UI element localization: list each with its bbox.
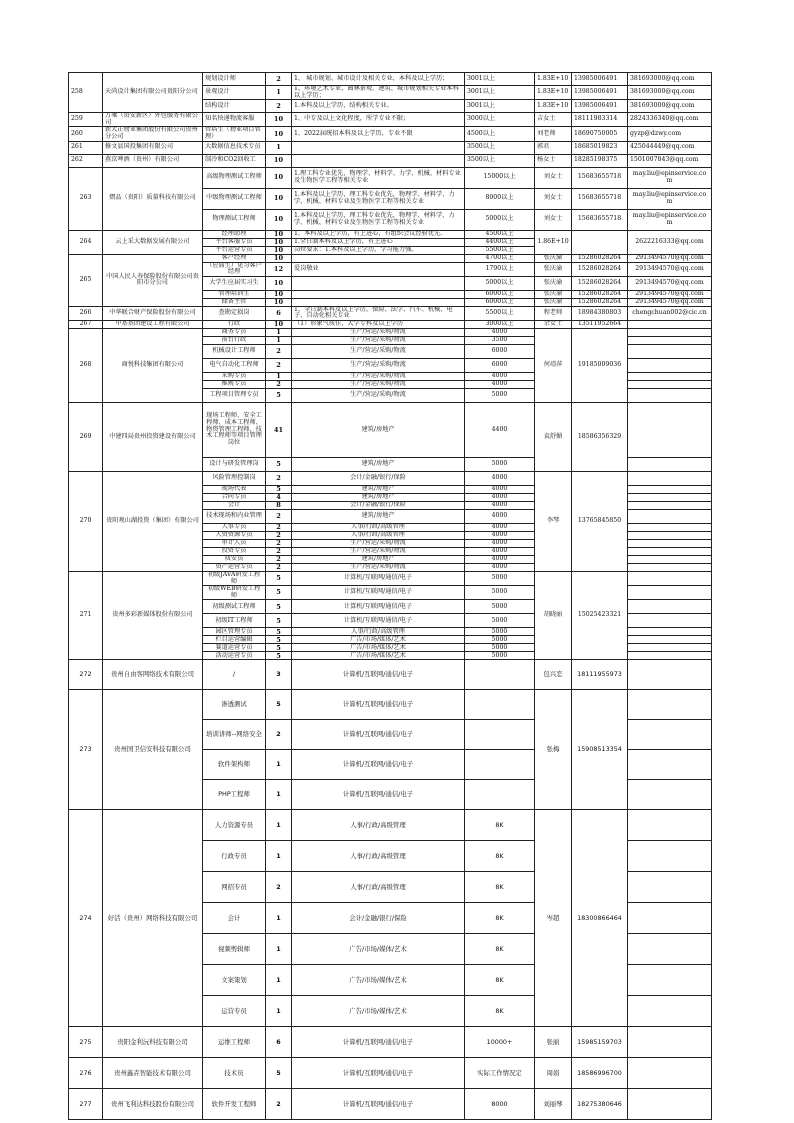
salary: 5000 <box>465 600 535 614</box>
requirements: 1.理工科专业优先，物理学、材料学、力学、机械、材料专业及生物医学工程等相关专业 <box>292 167 465 188</box>
headcount: 10 <box>266 209 292 230</box>
phone-number: 15286028264 <box>572 290 628 298</box>
job-title: 管理培训生 <box>203 290 266 298</box>
headcount: 5 <box>266 1058 292 1089</box>
table-row: 275贵阳金利沅科技有限公司运维工程师6计算机/互联网/通信/电子10000+张… <box>69 1027 712 1058</box>
requirements <box>292 290 465 298</box>
job-title: 合同专员 <box>203 493 266 501</box>
phone-number: 18586356329 <box>572 402 628 471</box>
row-number: 261 <box>69 141 103 154</box>
salary: 4000 <box>465 547 535 555</box>
headcount: 2 <box>266 872 292 903</box>
industry: 广告/市场/媒体/艺术 <box>292 965 465 996</box>
email-address: 2913494570@qq.com <box>628 254 712 262</box>
job-title: 初级WEB研发工程师 <box>203 586 266 600</box>
email-address: chengchuan002@cic.cn <box>628 306 712 320</box>
salary: 4400以上 <box>465 238 535 246</box>
salary: 8K <box>465 841 535 872</box>
company-name: 贵州自由客网络技术有限公司 <box>103 660 203 690</box>
salary: 5000 <box>465 586 535 600</box>
headcount: 12 <box>266 262 292 276</box>
headcount: 5 <box>266 628 292 636</box>
job-title: 投资专员 <box>203 547 266 555</box>
salary: 8K <box>465 872 535 903</box>
industry: 计算机/互联网/通信/电子 <box>292 660 465 690</box>
job-title: 运维工程师 <box>203 1027 266 1058</box>
phone-number: 15683655718 <box>572 209 628 230</box>
email-address: 2913494570@qq.com <box>628 298 712 306</box>
salary: 4000 <box>465 523 535 531</box>
row-number: 272 <box>69 660 103 690</box>
salary: 4700以上 <box>465 254 535 262</box>
email-address <box>628 810 712 841</box>
email-address <box>628 652 712 660</box>
contact-person: 余女士 <box>535 320 572 328</box>
email-address <box>628 320 712 328</box>
job-title: 文案策划 <box>203 965 266 996</box>
email-address <box>628 336 712 344</box>
company-name: 中基基团建设工程有限公司 <box>103 320 203 328</box>
table-row: 265中国人民人寿保险股份有限公司贵阳市分公司客户经理104700以上张庆渝15… <box>69 254 712 262</box>
salary: 5500以上 <box>465 306 535 320</box>
requirements: 1.全日制本科及以上学历，有上进心 <box>292 238 465 246</box>
row-number: 258 <box>69 73 103 113</box>
job-title: 栏目运营编辑 <box>203 636 266 644</box>
salary: 5000 <box>465 571 535 585</box>
phone-number: 18984380803 <box>572 306 628 320</box>
company-name: 云上采大数据发展有限公司 <box>103 230 203 254</box>
email-address: 2913494570@qq.com <box>628 276 712 290</box>
industry: 广告/市场/媒体/艺术 <box>292 996 465 1027</box>
table-row: 260新大正物业集团股份有限公司贵州分公司管培生（物业项目管理）101、2022… <box>69 127 712 141</box>
industry: 生产/营运/采购/物流 <box>292 388 465 402</box>
job-title: 赛道运营专员 <box>203 644 266 652</box>
industry: 人事/行政/高级管理 <box>292 872 465 903</box>
table-row: 276贵州鑫垚智能技术有限公司技术员5计算机/互联网/通信/电子实际工作情况定周… <box>69 1058 712 1089</box>
headcount: 5 <box>266 485 292 493</box>
job-title: 人资资源专员 <box>203 531 266 539</box>
headcount: 1 <box>266 328 292 336</box>
job-title: 现场工程师、安全工程师、成本工程师、物资管理工程师、技术工程师等项目管理岗位 <box>203 402 266 457</box>
salary: 3001以上 <box>465 73 535 86</box>
salary: 4000 <box>465 471 535 485</box>
row-number: 267 <box>69 320 103 328</box>
job-title: 工程项目管理专员 <box>203 388 266 402</box>
table-row: 271贵州多彩新媒体股份有限公司初级JAVA研发工程师5计算机/互联网/通信/电… <box>69 571 712 585</box>
headcount: 1 <box>266 965 292 996</box>
job-title: 初级JAVA研发工程师 <box>203 571 266 585</box>
row-number: 262 <box>69 154 103 167</box>
phone-number: 18111983314 <box>572 113 628 127</box>
industry: 生产/营运/采购/物流 <box>292 539 465 547</box>
phone-number: 15908513354 <box>572 690 628 810</box>
job-title: 规划设计师 <box>203 73 266 86</box>
salary: 4400 <box>465 402 535 457</box>
job-title: 审计人员 <box>203 539 266 547</box>
salary: 4000 <box>465 555 535 563</box>
contact-person: 胡晓丽 <box>535 571 572 659</box>
row-number: 263 <box>69 167 103 230</box>
headcount: 2 <box>266 471 292 485</box>
email-address <box>628 644 712 652</box>
salary: 4000 <box>465 493 535 501</box>
industry: 计算机/互联网/通信/电子 <box>292 780 465 810</box>
salary: 4000 <box>465 485 535 493</box>
row-number: 274 <box>69 810 103 1027</box>
table-row: 259万乘（贵安新区）外包服务有限公司知名快递物流客服101、中专及以上文化程度… <box>69 113 712 127</box>
row-number: 265 <box>69 254 103 306</box>
job-title: 平台运营专员 <box>203 246 266 254</box>
company-name: 修文县国投集团有限公司 <box>103 141 203 154</box>
requirements: 1、本科及以上学历，有上进心，有组织会议经验优先。 <box>292 230 465 238</box>
email-address: gyzp@dzwy.com <box>628 127 712 141</box>
email-address <box>628 614 712 628</box>
salary: 6000 <box>465 344 535 358</box>
email-address <box>628 485 712 493</box>
salary: 实际工作情况定 <box>465 1058 535 1089</box>
salary: 3000以上 <box>465 113 535 127</box>
headcount: 10 <box>266 167 292 188</box>
company-name: 好活（贵州）网络科技有限公司 <box>103 810 203 1027</box>
industry: 建筑/房地产 <box>292 485 465 493</box>
headcount: 10 <box>266 154 292 167</box>
headcount: 1 <box>266 903 292 934</box>
industry: 生产/营运/采购/物流 <box>292 547 465 555</box>
headcount: 5 <box>266 644 292 652</box>
email-address <box>628 872 712 903</box>
row-number: 269 <box>69 402 103 471</box>
job-title: 行政专员 <box>203 841 266 872</box>
headcount: 2 <box>266 358 292 372</box>
headcount: 1 <box>266 372 292 380</box>
industry: 计算机/互联网/通信/电子 <box>292 1089 465 1120</box>
email-address: 2622216333@qq.com <box>628 230 712 254</box>
industry: 人事/行政/高级管理 <box>292 523 465 531</box>
phone-number: 19185009036 <box>572 328 628 402</box>
phone-number: 13985006491 <box>572 73 628 86</box>
industry: 生产/营运/采购/物流 <box>292 336 465 344</box>
email-address <box>628 402 712 457</box>
headcount: 2 <box>266 531 292 539</box>
salary: 4000 <box>465 563 535 571</box>
job-title: 园区管理专员 <box>203 628 266 636</box>
industry: 计算机/互联网/通信/电子 <box>292 720 465 750</box>
table-row: 269中建四局贵州投资建设有限公司现场工程师、安全工程师、成本工程师、物资管理工… <box>69 402 712 457</box>
salary: 1790以上 <box>465 262 535 276</box>
company-name: 贵阳观山湖投资（集团）有限公司 <box>103 471 203 571</box>
industry: 生产/营运/采购/物流 <box>292 372 465 380</box>
headcount: 1 <box>266 780 292 810</box>
email-address <box>628 780 712 810</box>
headcount: 5 <box>266 457 292 471</box>
email-address <box>628 1089 712 1120</box>
table-row: 268商悦科技集团有限公司商务专员1生产/营运/采购/物流4000何靖萍1918… <box>69 328 712 336</box>
contact-person: 岑超 <box>535 810 572 1027</box>
headcount: 5 <box>266 571 292 585</box>
phone-number <box>572 230 628 254</box>
industry: 会计/金融/银行/保险 <box>292 501 465 509</box>
industry: 建筑/房地产 <box>292 493 465 501</box>
job-title: 采购专员 <box>203 372 266 380</box>
phone-number: 15286028264 <box>572 254 628 262</box>
company-name: 贵州多彩新媒体股份有限公司 <box>103 571 203 659</box>
company-name: 燕京啤酒（贵州）有限公司 <box>103 154 203 167</box>
row-number: 271 <box>69 571 103 659</box>
email-address <box>628 471 712 485</box>
headcount: 41 <box>266 402 292 457</box>
contact-person: 李琴 <box>535 471 572 571</box>
requirements: 1.本科及以上学历，结构相关专业。 <box>292 100 465 113</box>
salary: 10000+ <box>465 1027 535 1058</box>
contact-person: 刘丽琴 <box>535 1089 572 1120</box>
phone-number: 15286028264 <box>572 276 628 290</box>
salary: 5000 <box>465 644 535 652</box>
headcount: 2 <box>266 539 292 547</box>
salary: 4000 <box>465 501 535 509</box>
contact-person: 张庆渝 <box>535 298 572 306</box>
email-address <box>628 509 712 523</box>
industry: 建筑/房地产 <box>292 402 465 457</box>
industry: 广告/市场/媒体/艺术 <box>292 934 465 965</box>
job-title: 现场代表 <box>203 485 266 493</box>
row-number: 273 <box>69 690 103 810</box>
salary: 5000 <box>465 388 535 402</box>
salary: 5000 <box>465 614 535 628</box>
email-address <box>628 358 712 372</box>
table-row: 270贵阳观山湖投资（集团）有限公司风险管理控制岗2会计/金融/银行/保险400… <box>69 471 712 485</box>
phone-number: 18111955973 <box>572 660 628 690</box>
requirements: 1、全日制本科及以上学历，保险、法学、汽车、机械、电子、自动化相关专业 <box>292 306 465 320</box>
job-title: （应届生）见习客户经理 <box>203 262 266 276</box>
company-name: 商悦科技集团有限公司 <box>103 328 203 402</box>
phone-number: 15683655718 <box>572 188 628 209</box>
email-address <box>628 586 712 600</box>
job-title: 大数据信息技术专员 <box>203 141 266 154</box>
salary: 5000 <box>465 636 535 644</box>
job-title: 平台客服专员 <box>203 238 266 246</box>
contact-person: 周娟 <box>535 1058 572 1089</box>
phone-number: 13511952664 <box>572 320 628 328</box>
row-number: 259 <box>69 113 103 127</box>
headcount: 10 <box>266 276 292 290</box>
headcount: 5 <box>266 652 292 660</box>
email-address <box>628 965 712 996</box>
company-name: 中国人民人寿保险股份有限公司贵阳市分公司 <box>103 254 203 306</box>
phone-number: 18285198375 <box>572 154 628 167</box>
job-title: 运营专员 <box>203 996 266 1027</box>
email-address: 1501007843@qq.com <box>628 154 712 167</box>
job-title: 风险管理控制岗 <box>203 471 266 485</box>
salary: 3500以上 <box>465 141 535 154</box>
salary: 8K <box>465 965 535 996</box>
salary: 4000 <box>465 531 535 539</box>
table-row: 258天尚设计集团有限公司贵阳分公司规划设计师21、 城市规划、城市设计及相关专… <box>69 73 712 86</box>
headcount: 6 <box>266 306 292 320</box>
row-number: 270 <box>69 471 103 571</box>
salary: 8K <box>465 810 535 841</box>
salary: 15000以上 <box>465 167 535 188</box>
company-name: 贵州飞利达科技股份有限公司 <box>103 1089 203 1120</box>
job-title: PHP工程师 <box>203 780 266 810</box>
industry: 生产/营运/采购/物流 <box>292 563 465 571</box>
phone-number: 18586996700 <box>572 1058 628 1089</box>
phone-number: 18275380646 <box>572 1089 628 1120</box>
salary: 6000以上 <box>465 290 535 298</box>
company-name: 贵阳金利沅科技有限公司 <box>103 1027 203 1058</box>
headcount: 1 <box>266 141 292 154</box>
job-title: 制冷和CO2回收工 <box>203 154 266 167</box>
email-address: 381693000@qq.com <box>628 100 712 113</box>
industry: 人事/行政/高级管理 <box>292 628 465 636</box>
row-number: 264 <box>69 230 103 254</box>
job-title: 管培生（物业项目管理） <box>203 127 266 141</box>
email-address <box>628 996 712 1027</box>
requirements: 爱岗敬业 <box>292 262 465 276</box>
contact-person: 刘女士 <box>535 209 572 230</box>
job-title: 经理助理 <box>203 230 266 238</box>
salary: 3500 <box>465 336 535 344</box>
headcount: 5 <box>266 636 292 644</box>
headcount: 10 <box>266 246 292 254</box>
contact-person: 吉女士 <box>535 113 572 127</box>
industry: 人事/行政/高级管理 <box>292 841 465 872</box>
industry: 生产/营运/采购/物流 <box>292 344 465 358</box>
job-title: 中级物理测试工程师 <box>203 188 266 209</box>
email-address: 2913494570@qq.com <box>628 290 712 298</box>
contact-person: 张庆渝 <box>535 262 572 276</box>
recruitment-table-sheet: 258天尚设计集团有限公司贵阳分公司规划设计师21、 城市规划、城市设计及相关专… <box>68 72 711 1120</box>
headcount: 10 <box>266 254 292 262</box>
email-address: may.liu@epinservice.com <box>628 209 712 230</box>
job-title: 渗透测试 <box>203 690 266 720</box>
job-title: 设计与研发管理岗 <box>203 457 266 471</box>
industry: 广告/市场/媒体/艺术 <box>292 644 465 652</box>
contact-person: 张庆渝 <box>535 254 572 262</box>
email-address <box>628 547 712 555</box>
row-number: 266 <box>69 306 103 320</box>
salary: 8000 <box>465 1089 535 1120</box>
job-title: 结构设计 <box>203 100 266 113</box>
headcount: 1 <box>266 841 292 872</box>
job-title: 高级物理测试工程师 <box>203 167 266 188</box>
headcount: 2 <box>266 73 292 86</box>
requirements <box>292 254 465 262</box>
industry: 生产/营运/采购/物流 <box>292 358 465 372</box>
email-address <box>628 501 712 509</box>
salary: 8K <box>465 934 535 965</box>
salary: 5000以上 <box>465 276 535 290</box>
industry: 计算机/互联网/通信/电子 <box>292 571 465 585</box>
contact-person: 张庆渝 <box>535 290 572 298</box>
job-title: 前台行政 <box>203 336 266 344</box>
headcount: 1 <box>266 810 292 841</box>
phone-number: 13985006491 <box>572 100 628 113</box>
headcount: 2 <box>266 523 292 531</box>
industry: 计算机/互联网/通信/电子 <box>292 586 465 600</box>
headcount: 5 <box>266 586 292 600</box>
job-title: / <box>203 660 266 690</box>
headcount: 2 <box>266 563 292 571</box>
headcount: 10 <box>266 230 292 238</box>
requirements: （1）形象气质佳，大学专科及以上学历 <box>292 320 465 328</box>
requirements <box>292 141 465 154</box>
email-address <box>628 523 712 531</box>
headcount: 10 <box>266 127 292 141</box>
industry: 人事/行政/高级管理 <box>292 531 465 539</box>
salary: 5000 <box>465 628 535 636</box>
salary <box>465 750 535 780</box>
requirements: 1.本科及以上学历，理工科专业优先，物理学、材料学、力学、机械、材料专业及生物医… <box>292 209 465 230</box>
salary: 4500以上 <box>465 230 535 238</box>
email-address <box>628 457 712 471</box>
salary <box>465 660 535 690</box>
headcount: 1 <box>266 996 292 1027</box>
table-row: 261修文县国投集团有限公司大数据信息技术专员13500以上郭君18685019… <box>69 141 712 154</box>
contact-person: 郭君 <box>535 141 572 154</box>
industry: 广告/市场/媒体/艺术 <box>292 636 465 644</box>
headcount: 5 <box>266 600 292 614</box>
salary: 8000以上 <box>465 188 535 209</box>
recruitment-table: 258天尚设计集团有限公司贵阳分公司规划设计师21、 城市规划、城市设计及相关专… <box>68 72 712 1120</box>
job-title: 客户经理 <box>203 254 266 262</box>
table-row: 273贵州国卫信安科技有限公司渗透测试5计算机/互联网/通信/电子张梅15908… <box>69 690 712 720</box>
email-address <box>628 555 712 563</box>
headcount: 5 <box>266 388 292 402</box>
email-address <box>628 660 712 690</box>
job-title: 商务专员 <box>203 328 266 336</box>
row-number: 276 <box>69 1058 103 1089</box>
salary: 4500以上 <box>465 127 535 141</box>
headcount: 10 <box>266 188 292 209</box>
salary <box>465 690 535 720</box>
email-address <box>628 636 712 644</box>
company-name: 熠品（贵阳）质量科技有限公司 <box>103 167 203 230</box>
salary: 5000以上 <box>465 209 535 230</box>
industry: 建筑/房地产 <box>292 509 465 523</box>
headcount: 2 <box>266 555 292 563</box>
industry: 建筑/房地产 <box>292 555 465 563</box>
headcount: 1 <box>266 750 292 780</box>
row-number: 275 <box>69 1027 103 1058</box>
headcount: 5 <box>266 614 292 628</box>
headcount: 10 <box>266 298 292 306</box>
company-name: 新大正物业集团股份有限公司贵州分公司 <box>103 127 203 141</box>
headcount: 2 <box>266 380 292 388</box>
contact-person: 刘女士 <box>535 167 572 188</box>
industry: 建筑/房地产 <box>292 457 465 471</box>
industry: 计算机/互联网/通信/电子 <box>292 750 465 780</box>
phone-number: 15025423321 <box>572 571 628 659</box>
job-title: 培训讲师--网络安全 <box>203 720 266 750</box>
job-title: 初级测试工程师 <box>203 600 266 614</box>
headcount: 1 <box>266 86 292 100</box>
job-title: 电气自动化工程师 <box>203 358 266 372</box>
industry: 计算机/互联网/通信/电子 <box>292 1058 465 1089</box>
salary: 3500以上 <box>465 154 535 167</box>
industry: 计算机/互联网/通信/电子 <box>292 1027 465 1058</box>
phone-number: 13765845850 <box>572 471 628 571</box>
salary: 8K <box>465 996 535 1027</box>
table-row: 267中基基团建设工程有限公司行政10（1）形象气质佳，大学专科及以上学历300… <box>69 320 712 328</box>
industry: 人事/行政/高级管理 <box>292 810 465 841</box>
headcount: 2 <box>266 509 292 523</box>
job-title: 大学生应届实习生 <box>203 276 266 290</box>
salary: 4000 <box>465 509 535 523</box>
salary: 4000 <box>465 380 535 388</box>
contact-person: 张梅 <box>535 690 572 810</box>
job-title: 网招专员 <box>203 872 266 903</box>
headcount: 10 <box>266 113 292 127</box>
